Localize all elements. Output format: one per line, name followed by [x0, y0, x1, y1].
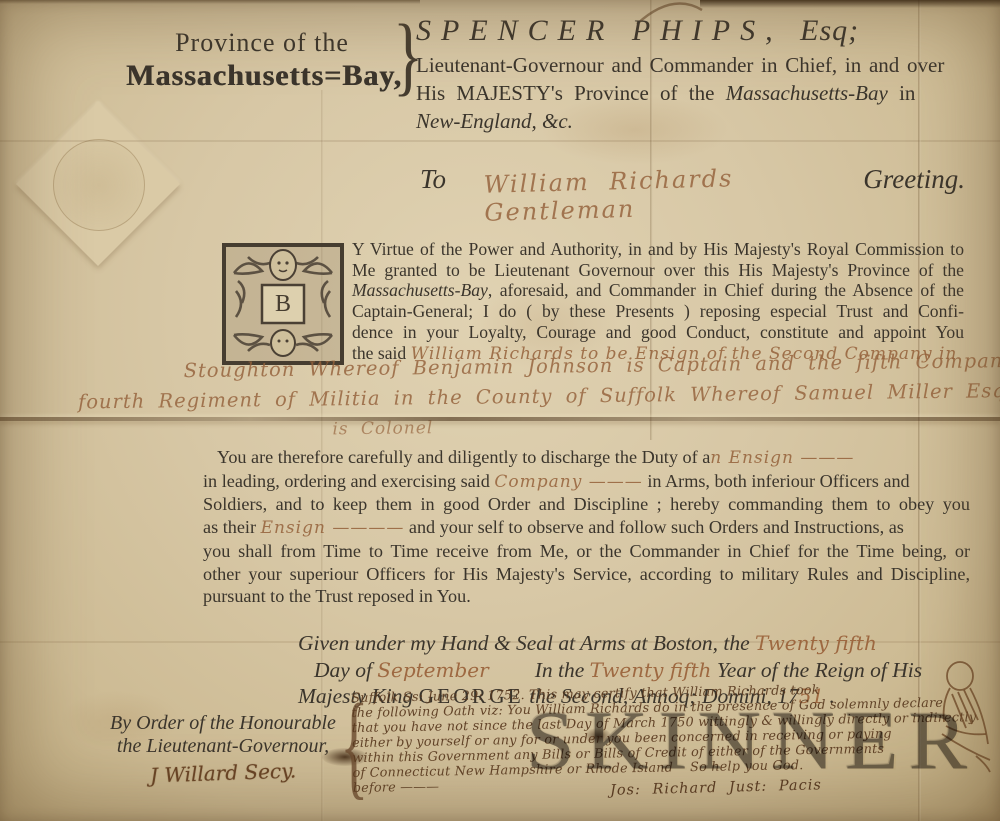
province-title-pre: His MAJESTY's Province of the — [416, 81, 726, 105]
reign-year-handwritten: Twenty fifth — [590, 658, 712, 682]
by-order-line-1: By Order of the Honourable — [98, 712, 348, 735]
handwritten-line: is Colonel — [332, 407, 974, 445]
embossed-paper-seal — [20, 106, 176, 262]
body-line: other your superiour Officers for His Ma… — [203, 563, 970, 586]
governor-name-line: SPENCER PHIPS, Esq; — [416, 14, 988, 48]
seal-circle-impression — [53, 139, 145, 231]
body-line: Massachusetts-Bay, aforesaid, and Comman… — [352, 280, 964, 301]
date-print: Day of — [314, 658, 377, 682]
body-line: Me granted to be Lieutenant Governour ov… — [352, 260, 964, 281]
by-order-block: By Order of the Honourable the Lieutenan… — [98, 712, 348, 786]
new-england-line: New-England, &c. — [416, 109, 988, 134]
body-line: You are therefore carefully and diligent… — [203, 446, 970, 470]
paper-edge-shadow — [0, 0, 420, 4]
secretary-signature: J Willard Secy. — [150, 759, 297, 787]
province-title-line: His MAJESTY's Province of the Massachuse… — [416, 81, 988, 106]
salutation-to: To — [420, 164, 446, 195]
governor-title-line: Lieutenant-Governour and Commander in Ch… — [416, 53, 988, 78]
date-print: Given under my Hand & Seal at Arms at Bo… — [298, 631, 755, 655]
body-line-rest: , aforesaid, and Commander in Chief duri… — [488, 280, 964, 300]
header-province-block: Province of the Massachusetts=Bay, — [126, 28, 398, 93]
salutation-greeting: Greeting. — [863, 164, 965, 195]
date-print: In the — [535, 658, 590, 682]
body-print: and your self to observe and follow such… — [404, 517, 904, 537]
body-print: as their — [203, 517, 261, 537]
province-line: Province of the — [126, 28, 398, 58]
body-line: as their Ensign ———— and your self to ob… — [203, 516, 970, 540]
body-line: Y Virtue of the Power and Authority, in … — [352, 239, 964, 260]
date-print: Year of the Reign of His — [711, 658, 922, 682]
body-line: in leading, ordering and exercising said… — [203, 470, 970, 494]
governor-name: SPENCER PHIPS, — [416, 14, 783, 47]
body-line: dence in your Loyalty, Courage and good … — [352, 322, 964, 343]
rank-handwritten: Ensign ———— — [261, 518, 405, 538]
handwritten-appointment-block: Stoughton Whereof Benjamin Johnson is Ca… — [73, 347, 974, 448]
province-title-post: in — [888, 81, 916, 105]
body-print: You are therefore carefully and diligent… — [217, 447, 710, 467]
woodcut-initial-block: B — [222, 243, 344, 365]
salutation-line: To William Richards Gentleman Greeting. — [420, 164, 965, 222]
province-title-italic: Massachusetts-Bay — [726, 81, 888, 105]
drop-cap-letter: B — [263, 286, 303, 322]
body-line: pursuant to the Trust reposed in You. — [203, 585, 970, 608]
body-line: you shall from Time to Time receive from… — [203, 540, 970, 563]
rank-handwritten: n Ensign ——— — [710, 448, 854, 468]
duty-paragraph: You are therefore carefully and diligent… — [203, 446, 970, 608]
date-line-2: Day of SeptemberIn the Twenty fifth Year… — [314, 657, 988, 684]
by-order-line-2: the Lieutenant-Governour, — [98, 735, 348, 758]
governor-title-suffix: Esq; — [800, 14, 859, 47]
body-line-italic: Massachusetts-Bay — [352, 280, 488, 300]
paper-edge-shadow — [700, 0, 1000, 8]
fold-crease-horizontal — [0, 140, 1000, 142]
body-line: Captain-General; I do ( by these Present… — [352, 301, 964, 322]
oath-annotation-block: Suffolk Ss: June 29: 1752. This may cert… — [351, 681, 928, 796]
body-line: Soldiers, and to keep them in good Order… — [203, 493, 970, 516]
recipient-name-handwritten: William Richards Gentleman — [483, 161, 850, 227]
date-line-1: Given under my Hand & Seal at Arms at Bo… — [298, 630, 988, 657]
province-blackletter-line: Massachusetts=Bay, — [126, 59, 398, 93]
date-day-handwritten: Twenty fifth — [755, 631, 877, 655]
document-page: Province of the Massachusetts=Bay, } SPE… — [0, 0, 1000, 821]
date-month-handwritten: September — [377, 658, 488, 682]
company-handwritten: Company ——— — [494, 472, 642, 492]
seal-diamond-shape — [16, 102, 180, 266]
commission-paragraph: Y Virtue of the Power and Authority, in … — [352, 239, 964, 364]
body-print: in leading, ordering and exercising said — [203, 471, 494, 491]
header-governor-block: SPENCER PHIPS, Esq; Lieutenant-Governour… — [416, 14, 988, 134]
body-print: in Arms, both inferiour Officers and — [643, 471, 910, 491]
